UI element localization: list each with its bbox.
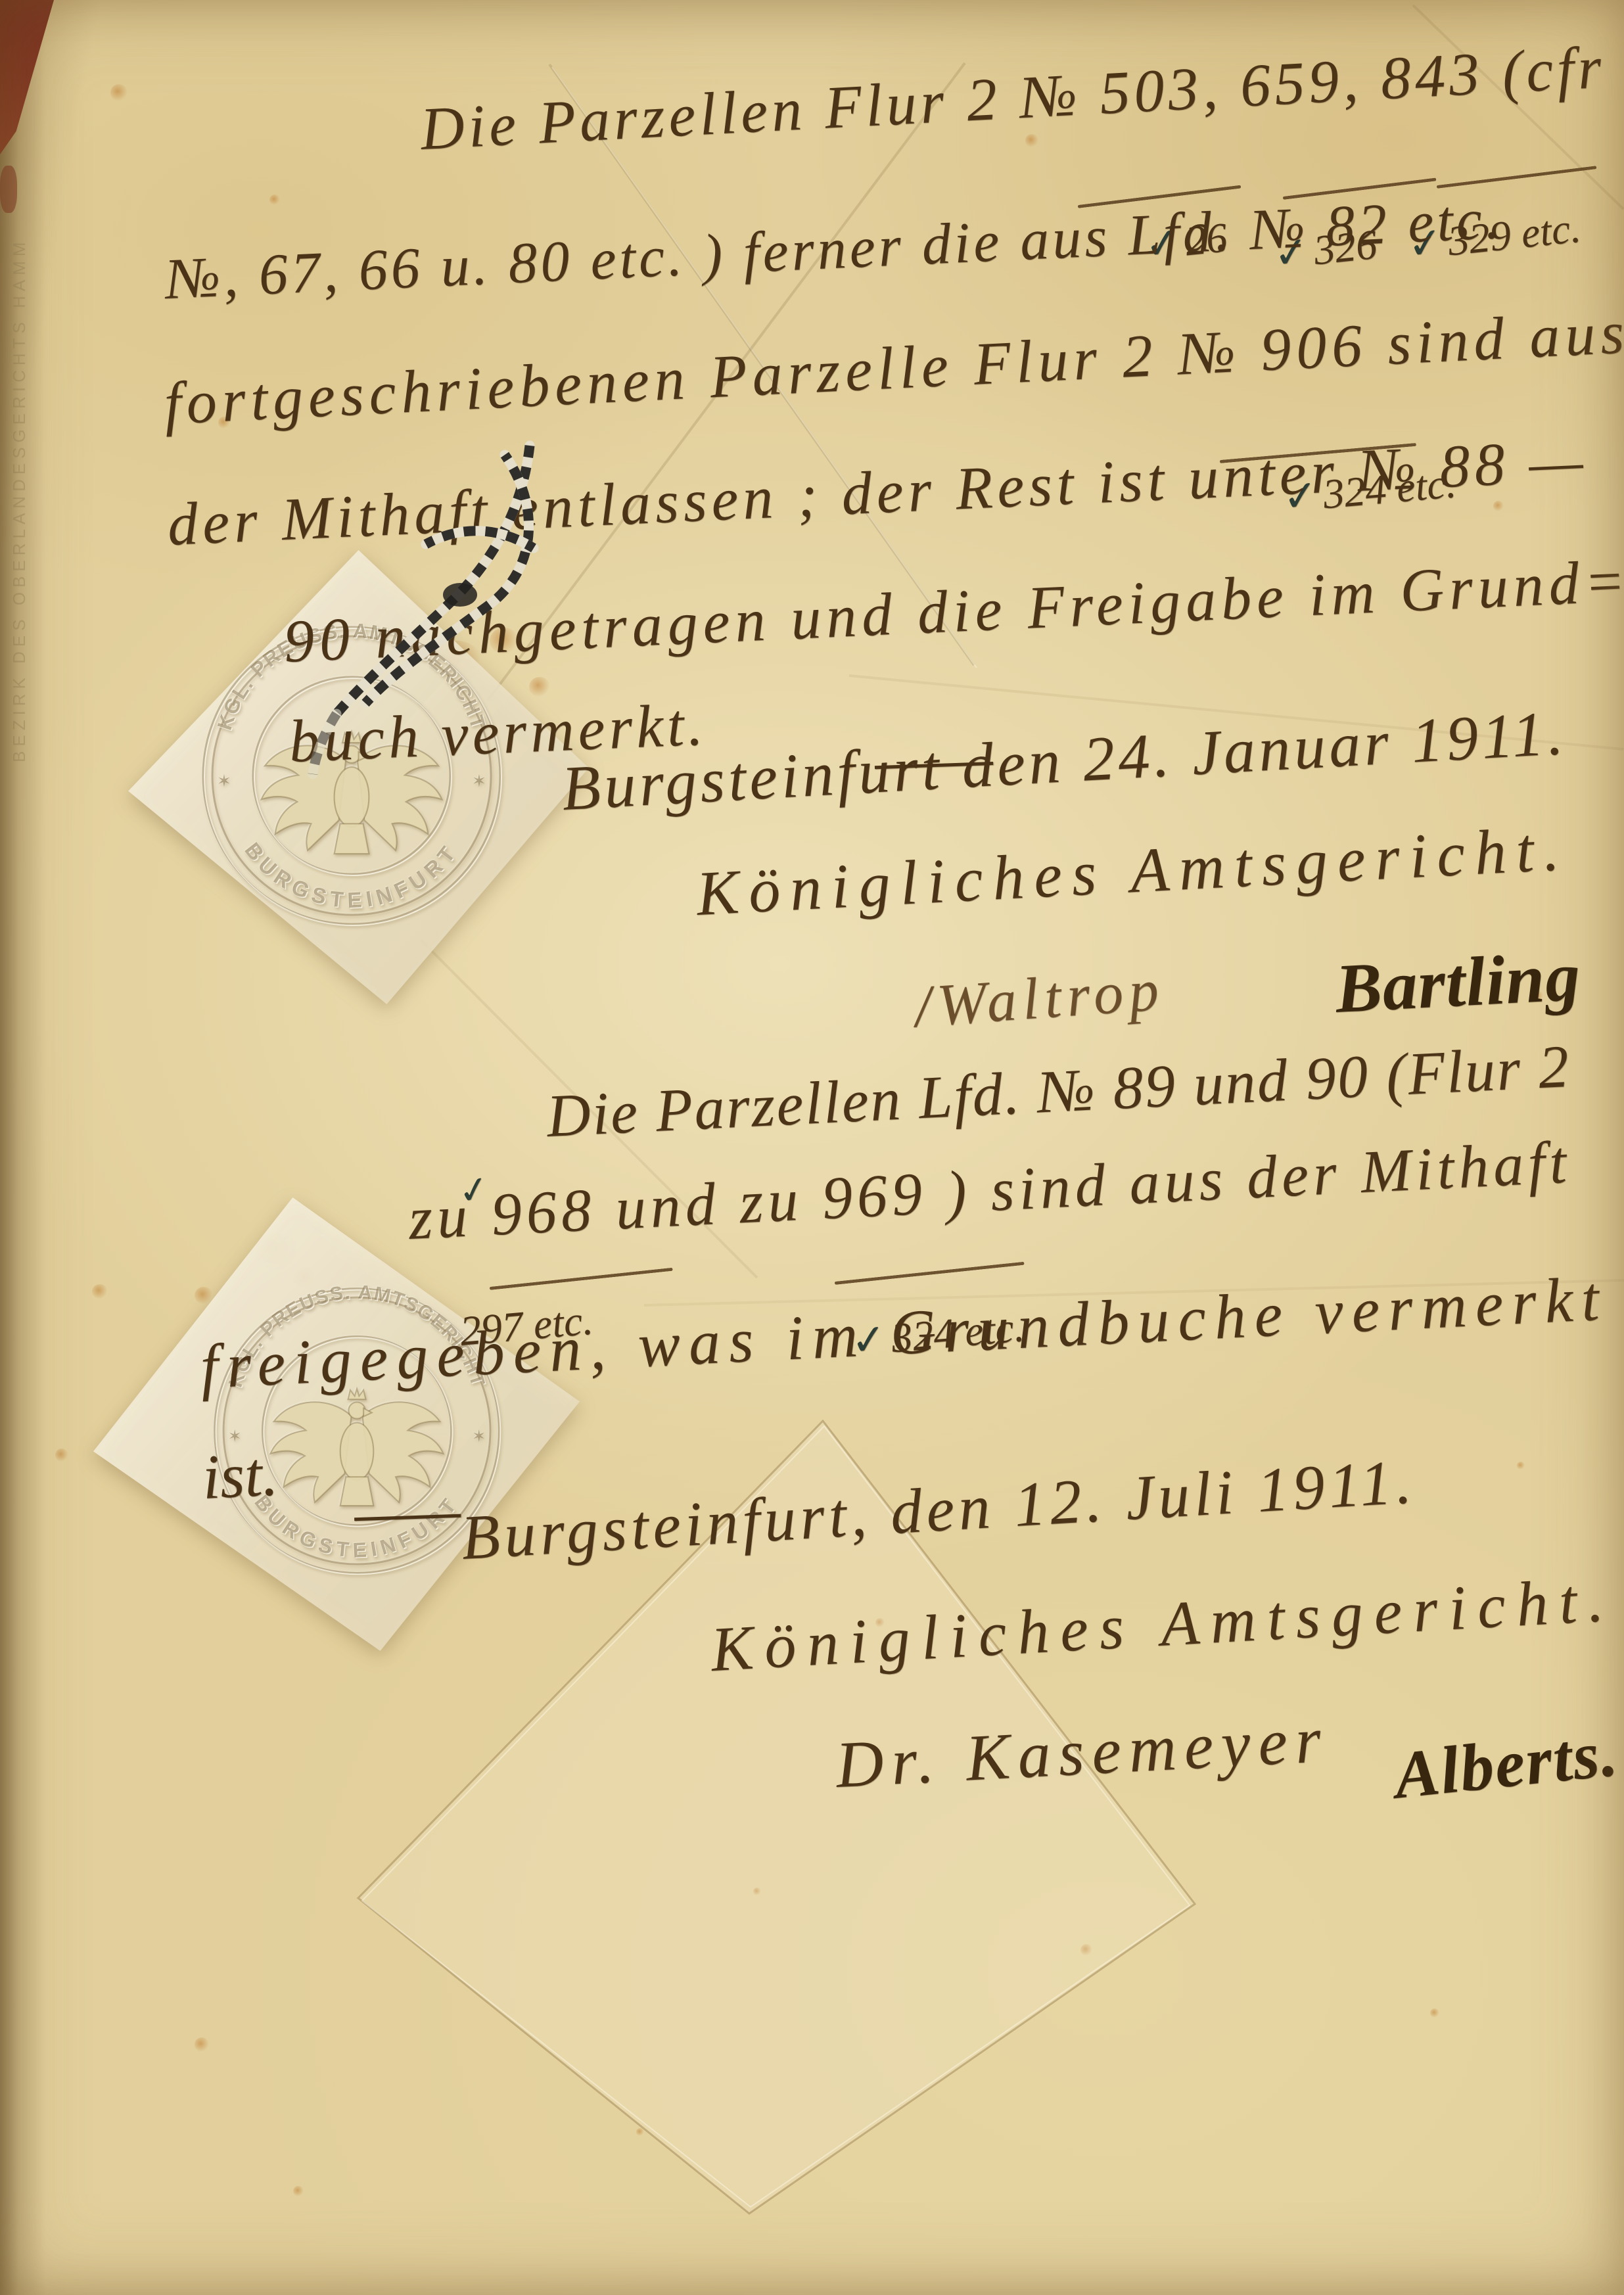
place-date-line: Burgsteinfurt den 24. Januar 1911. bbox=[560, 701, 1568, 820]
binding-edge-fragment bbox=[0, 166, 17, 213]
seal-star-right: ✶ bbox=[472, 771, 486, 791]
stain bbox=[269, 195, 280, 205]
signature: Bartling bbox=[1334, 942, 1582, 1024]
margin-emboss-text: BEZIRK DES OBERLANDESGERICHTS HAMM bbox=[9, 237, 30, 762]
court-line: Königliches Amtsgericht. bbox=[695, 817, 1570, 925]
handwritten-line: zu 968 und zu 969 ) sind aus der Mithaft bbox=[407, 1132, 1572, 1249]
stain bbox=[195, 2037, 209, 2052]
place-date-line: Burgsteinfurt, den 12. Juli 1911. bbox=[459, 1450, 1418, 1569]
stain bbox=[753, 1888, 761, 1895]
ink-underline bbox=[835, 1262, 1025, 1285]
scanned-document-page: KGL. PREUSS. AMTSGERICHT KGL. PREUSS. AM… bbox=[0, 0, 1624, 2295]
stain bbox=[636, 2128, 644, 2136]
stain bbox=[110, 84, 128, 101]
stain bbox=[1517, 1462, 1525, 1470]
court-line: Königliches Amtsgericht. bbox=[709, 1567, 1616, 1681]
handwritten-line: Die Parzellen Lfd. № 89 und 90 (Flur 2 bbox=[545, 1036, 1572, 1146]
stain bbox=[1430, 2008, 1439, 2018]
stain bbox=[1080, 1944, 1092, 1956]
stain bbox=[293, 2186, 304, 2196]
countersignature: /Waltrop bbox=[913, 961, 1167, 1037]
handwritten-line: fortgeschriebenen Parzelle Flur 2 № 906 … bbox=[163, 302, 1624, 434]
handwritten-line: Die Parzellen Flur 2 № 503, 659, 843 (cf… bbox=[419, 37, 1607, 159]
handwritten-line: ist. bbox=[200, 1442, 279, 1509]
stain bbox=[1493, 501, 1504, 511]
countersignature: Dr. Kasemeyer bbox=[834, 1707, 1330, 1798]
ink-underline bbox=[1437, 166, 1597, 189]
seal-star-right: ✶ bbox=[472, 1427, 486, 1445]
handwritten-dash: — bbox=[354, 1476, 461, 1546]
stain bbox=[55, 1449, 68, 1462]
seal-star-left: ✶ bbox=[217, 771, 231, 791]
handwritten-line: der Mithaft entlassen ; der Rest ist unt… bbox=[166, 430, 1589, 555]
signature: Alberts. bbox=[1391, 1720, 1622, 1810]
stain bbox=[1025, 134, 1038, 147]
handwritten-line: №, 67, 66 u. 80 etc. ) ferner die aus Lf… bbox=[164, 191, 1504, 309]
